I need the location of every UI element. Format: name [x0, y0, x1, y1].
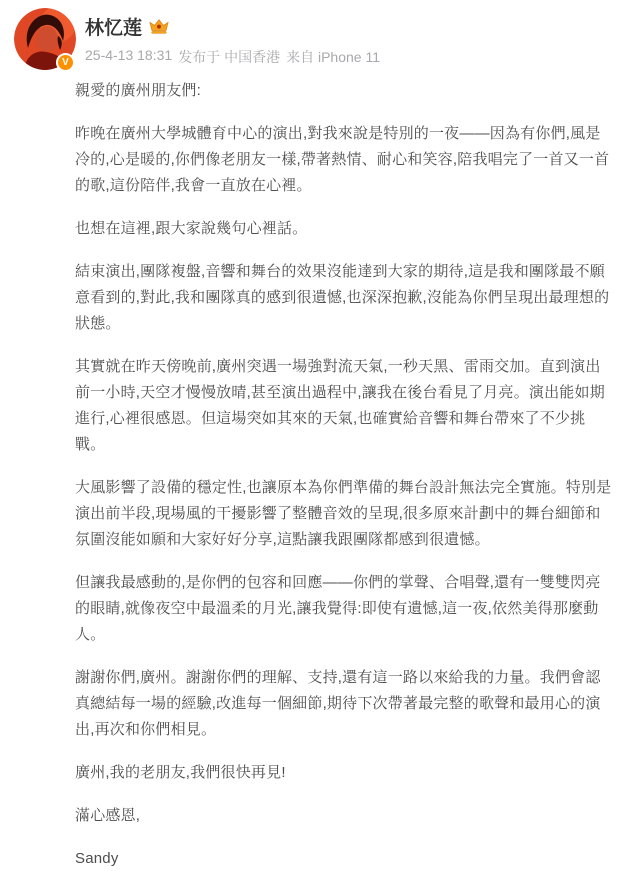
weibo-post-page: V 林忆莲 25-4-13 18:31 发布于 中国香港 来自 iPhone 1…	[0, 0, 640, 871]
post-paragraph: 廣州,我的老朋友,我們很快再見!	[75, 760, 613, 786]
post-header: V 林忆莲 25-4-13 18:31 发布于 中国香港 来自 iPhone 1…	[0, 0, 640, 70]
post-paragraph: 謝謝你們,廣州。謝謝你們的理解、支持,還有這一路以來給我的力量。我們會認真總結每…	[75, 665, 613, 743]
device-source[interactable]: 来自 iPhone 11	[286, 47, 380, 67]
post-body: 親愛的廣州朋友們:昨晚在廣州大學城體育中心的演出,對我來說是特別的一夜——因為有…	[75, 78, 613, 871]
post-paragraph: Sandy	[75, 846, 613, 871]
post-paragraph: 昨晚在廣州大學城體育中心的演出,對我來說是特別的一夜——因為有你們,風是冷的,心…	[75, 121, 613, 199]
username[interactable]: 林忆莲	[85, 13, 142, 40]
post-paragraph: 大風影響了設備的穩定性,也讓原本為你們準備的舞台設計無法完全實施。特別是演出前半…	[75, 475, 613, 553]
avatar[interactable]: V	[14, 8, 76, 70]
post-paragraph: 其實就在昨天傍晚前,廣州突遇一場強對流天氣,一秒天黑、雷雨交加。直到演出前一小時…	[75, 354, 613, 458]
post-paragraph: 親愛的廣州朋友們:	[75, 78, 613, 104]
header-text: 林忆莲 25-4-13 18:31 发布于 中国香港 来自 iPhone 11	[0, 0, 640, 67]
name-row: 林忆莲	[85, 13, 640, 40]
timestamp: 25-4-13 18:31	[85, 47, 172, 67]
post-meta: 25-4-13 18:31 发布于 中国香港 来自 iPhone 11	[85, 47, 640, 67]
post-paragraph: 滿心感恩,	[75, 803, 613, 829]
post-paragraph: 但讓我最感動的,是你們的包容和回應——你們的掌聲、合唱聲,還有一雙雙閃亮的眼睛,…	[75, 570, 613, 648]
publish-location: 发布于 中国香港	[178, 47, 280, 67]
post-paragraph: 結束演出,團隊複盤,音響和舞台的效果沒能達到大家的期待,這是我和團隊最不願意看到…	[75, 259, 613, 337]
verified-badge-icon: V	[56, 53, 75, 72]
vip-crown-icon	[149, 18, 169, 35]
post-paragraph: 也想在這裡,跟大家說幾句心裡話。	[75, 216, 613, 242]
